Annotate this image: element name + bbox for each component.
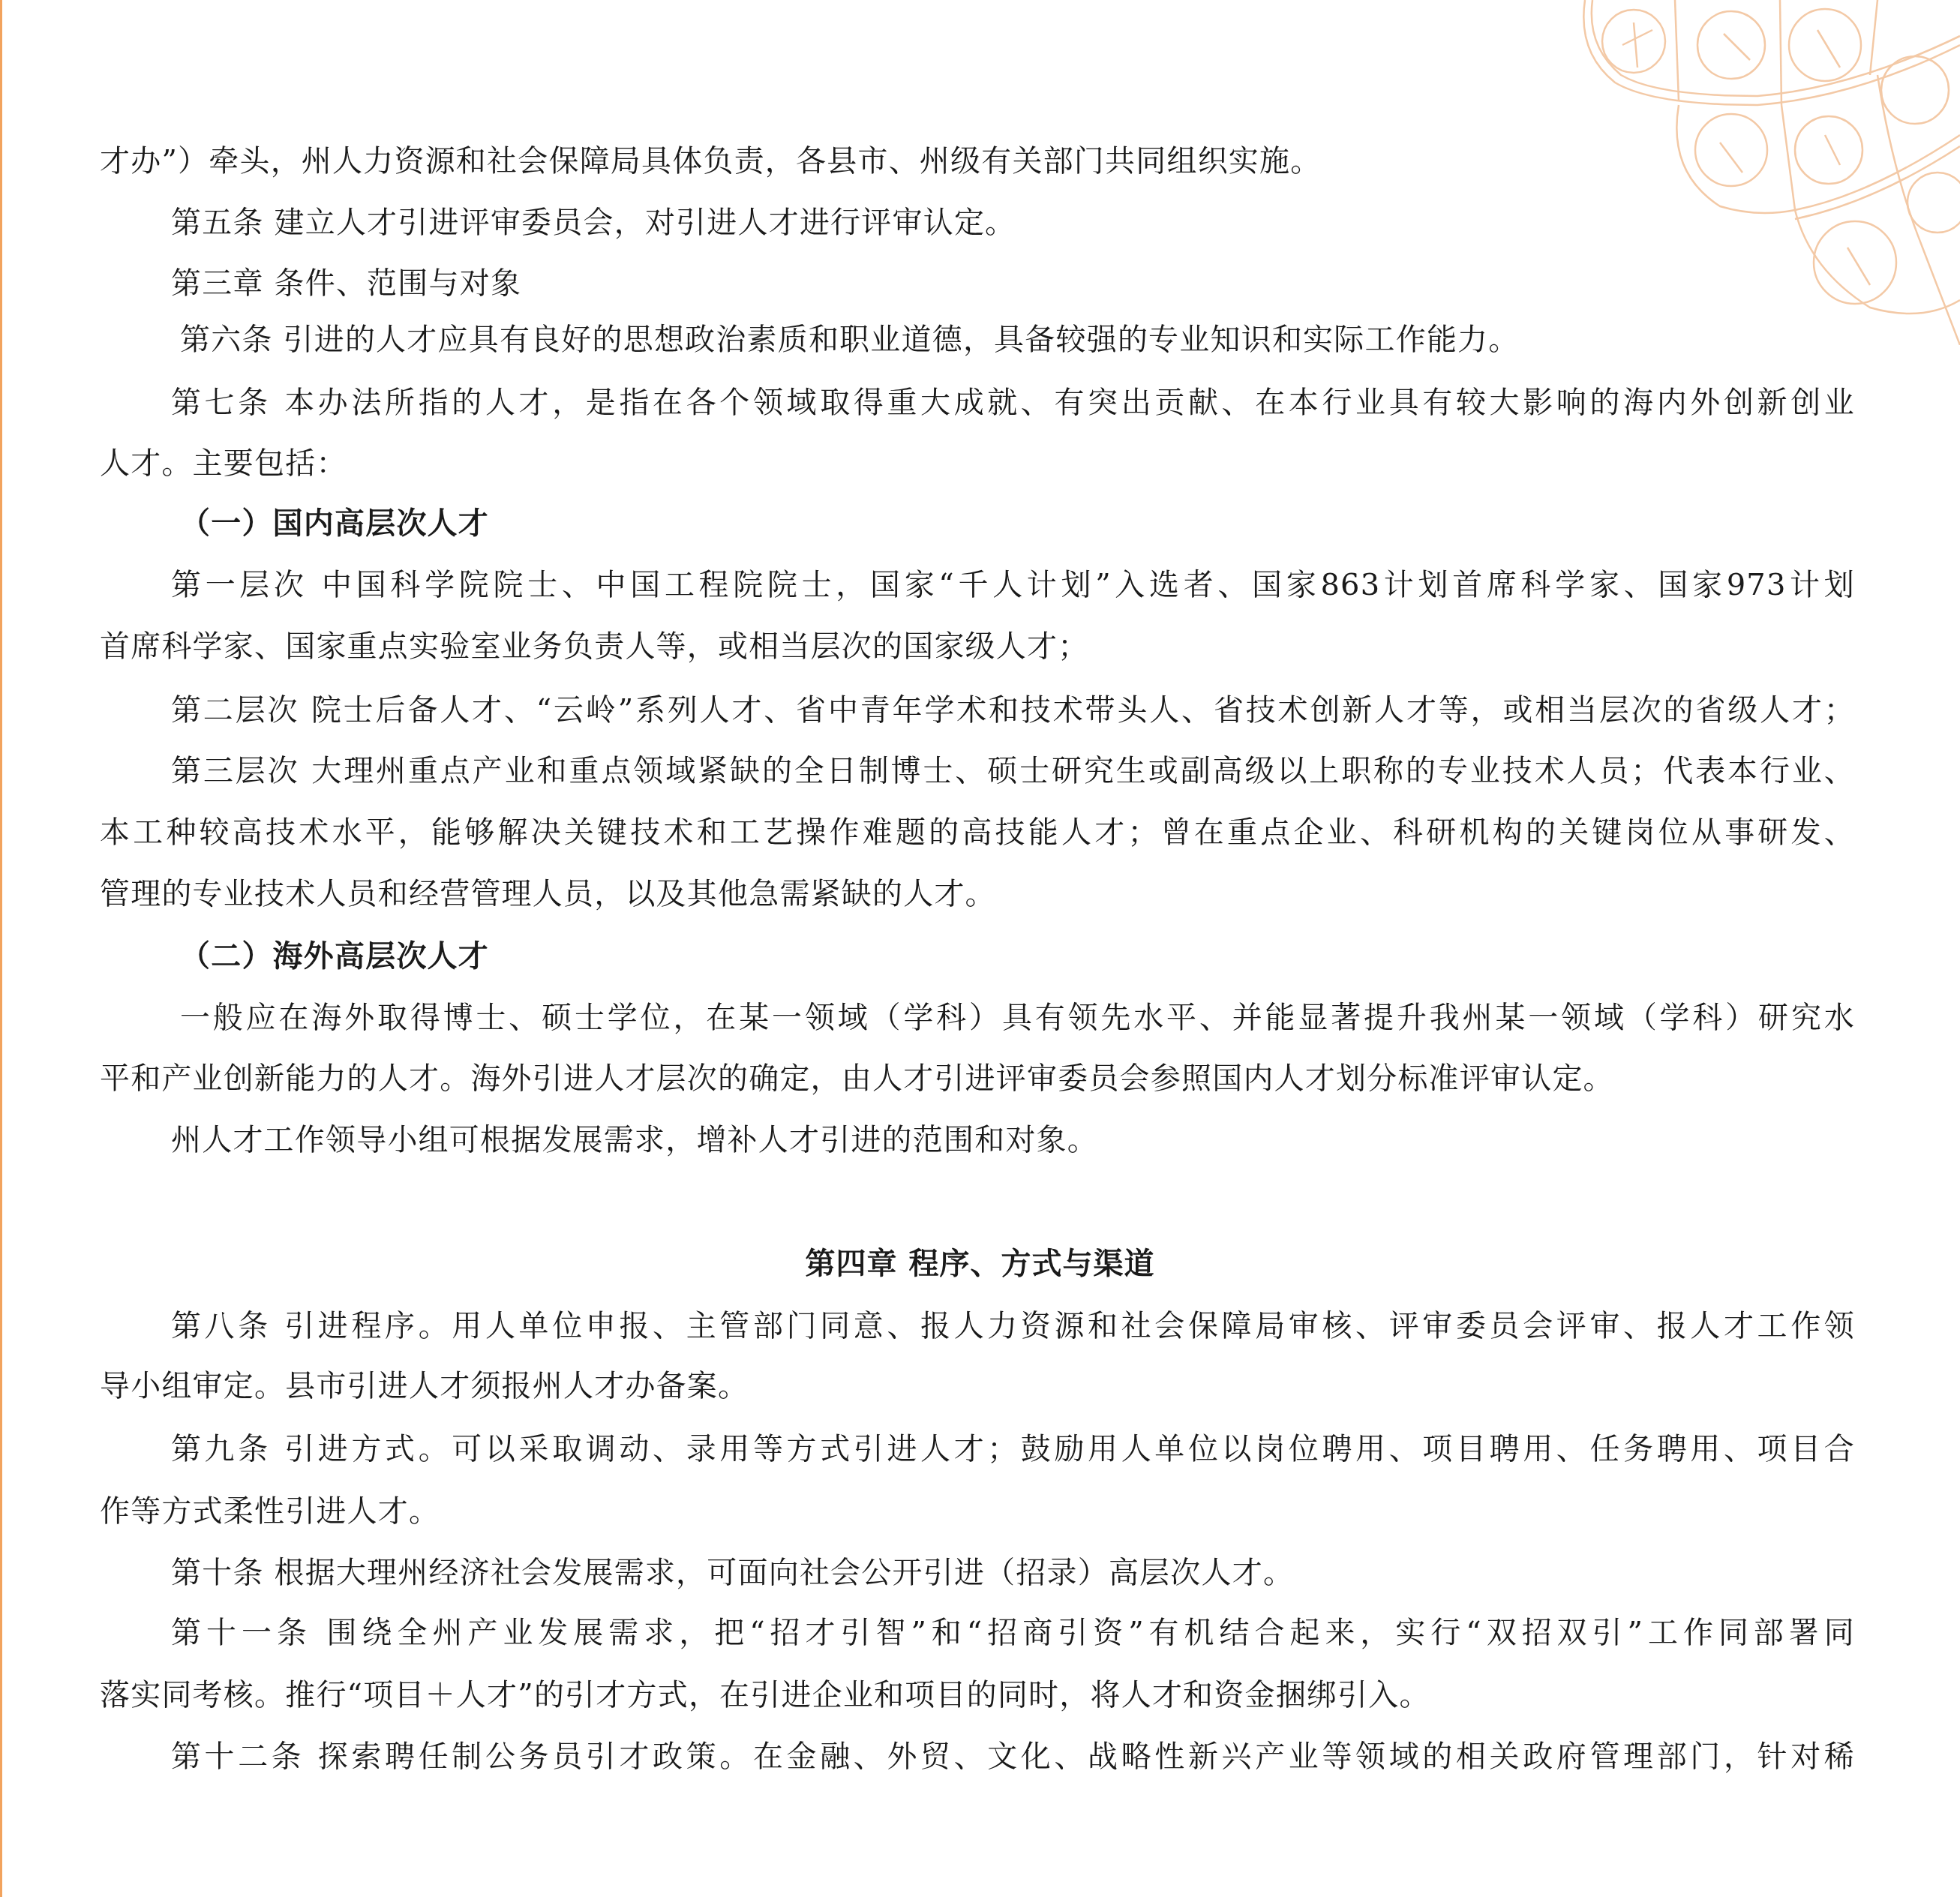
paragraph-line: 本工种较高技术水平，能够解决关键技术和工艺操作难题的高技能人才；曾在重点企业、科…	[100, 814, 1855, 851]
paragraph-line: 平和产业创新能力的人才。海外引进人才层次的确定，由人才引进评审委员会参照国内人才…	[100, 1060, 1855, 1097]
overseas-paragraph: 一般应在海外取得博士、硕士学位，在某一领域（学科）具有领先水平、并能显著提升我州…	[180, 999, 1855, 1037]
paragraph-line: 才办”）牵头，州人力资源和社会保障局具体负责，各县市、州级有关部门共同组织实施。	[100, 143, 1855, 180]
article-12: 第十二条 探索聘任制公务员引才政策。在金融、外贸、文化、战略性新兴产业等领域的相…	[171, 1738, 1855, 1775]
article-11: 第十一条 围绕全州产业发展需求，把“招才引智”和“招商引资”有机结合起来，实行“…	[171, 1614, 1855, 1652]
tier-3: 第三层次 大理州重点产业和重点领域紧缺的全日制博士、硕士研究生或副高级以上职称的…	[171, 752, 1855, 790]
paragraph-line: 导小组审定。县市引进人才须报州人才办备案。	[100, 1367, 1855, 1405]
paragraph-line: 作等方式柔性引进人才。	[100, 1493, 1855, 1530]
section-overseas-talent-heading: （二）海外高层次人才	[180, 938, 1935, 975]
article-10: 第十条 根据大理州经济社会发展需求，可面向社会公开引进（招录）高层次人才。	[171, 1554, 1855, 1592]
article-6: 第六条 引进的人才应具有良好的思想政治素质和职业道德，具备较强的专业知识和实际工…	[180, 321, 1855, 359]
paragraph-line: 落实同考核。推行“项目＋人才”的引才方式，在引进企业和项目的同时，将人才和资金捆…	[100, 1676, 1855, 1714]
tier-2: 第二层次 院士后备人才、“云岭”系列人才、省中青年学术和技术带头人、省技术创新人…	[171, 692, 1855, 729]
chapter-4-heading: 第四章 程序、方式与渠道	[0, 1245, 1960, 1283]
paragraph-line: 管理的专业技术人员和经营管理人员，以及其他急需紧缺的人才。	[100, 875, 1855, 913]
article-9: 第九条 引进方式。可以采取调动、录用等方式引进人才；鼓励用人单位以岗位聘用、项目…	[171, 1430, 1855, 1468]
supplement-paragraph: 州人才工作领导小组可根据发展需求，增补人才引进的范围和对象。	[171, 1121, 1855, 1159]
paragraph-line: 人才。主要包括：	[100, 445, 1855, 482]
article-5: 第五条 建立人才引进评审委员会，对引进人才进行评审认定。	[171, 204, 1855, 242]
article-8: 第八条 引进程序。用人单位申报、主管部门同意、报人力资源和社会保障局审核、评审委…	[171, 1307, 1855, 1345]
left-accent-rule	[0, 0, 2, 1897]
section-domestic-talent-heading: （一）国内高层次人才	[180, 505, 1935, 542]
tier-1: 第一层次 中国科学院院士、中国工程院院士，国家“千人计划”入选者、国家863计划…	[171, 566, 1855, 604]
paragraph-line: 首席科学家、国家重点实验室业务负责人等，或相当层次的国家级人才；	[100, 628, 1855, 665]
article-7: 第七条 本办法所指的人才，是指在各个领域取得重大成就、有突出贡献、在本行业具有较…	[171, 384, 1855, 422]
chapter-3-title: 第三章 条件、范围与对象	[171, 265, 1855, 302]
